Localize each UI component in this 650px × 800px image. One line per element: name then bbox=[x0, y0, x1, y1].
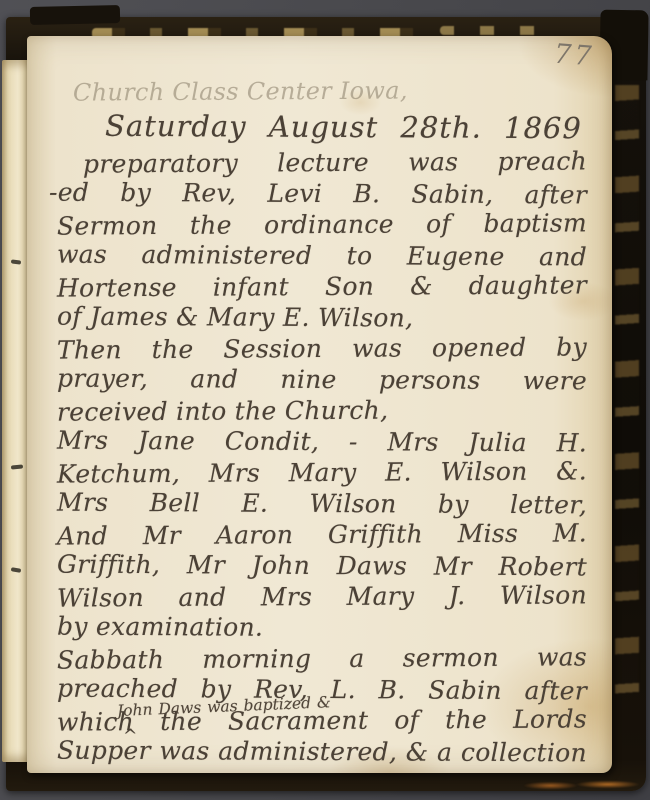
journal-line: Sabbath morning a sermon was bbox=[57, 641, 587, 675]
journal-photo: 77 Church Class Center Iowa, Saturday Au… bbox=[0, 0, 650, 800]
journal-line: prayer, and nine persons were bbox=[57, 363, 587, 397]
journal-line: Hortense infant Son & daughter bbox=[57, 269, 587, 303]
journal-line-date: Saturday August 28th. 1869 bbox=[105, 106, 587, 149]
journal-line: Griffith, Mr John Daws Mr Robert bbox=[57, 549, 587, 583]
journal-line: Sermon the ordinance of baptism bbox=[57, 207, 587, 241]
cover-rust-bottom-edge bbox=[520, 779, 642, 791]
cover-wear-top-right bbox=[440, 26, 560, 35]
journal-line: Mrs Bell E. Wilson by letter, bbox=[57, 487, 587, 521]
journal-entry: Church Class Center Iowa, Saturday Augus… bbox=[57, 76, 587, 767]
book-cover-top-left-corner bbox=[30, 5, 120, 25]
journal-line: of James & Mary E. Wilson, bbox=[57, 301, 587, 335]
journal-page: 77 Church Class Center Iowa, Saturday Au… bbox=[27, 36, 612, 773]
cover-wear-right-edge bbox=[615, 85, 639, 725]
journal-line: -ed by Rev, Levi B. Sabin, after bbox=[49, 177, 587, 211]
journal-line: Ketchum, Mrs Mary E. Wilson &. bbox=[57, 455, 587, 489]
journal-line: And Mr Aaron Griffith Miss M. bbox=[57, 517, 587, 551]
faint-pencil-header: Church Class Center Iowa, bbox=[73, 74, 587, 108]
journal-line: preparatory lecture was preach bbox=[83, 145, 587, 179]
journal-line-with-insertion: which John Daws was baptized & ^ the Sac… bbox=[57, 703, 587, 737]
page-stack-edge bbox=[2, 60, 29, 762]
journal-line: Mrs Jane Condit, - Mrs Julia H. bbox=[57, 425, 587, 459]
journal-line: Supper was administered, & a collection bbox=[57, 735, 587, 769]
page-number: 77 bbox=[553, 39, 595, 73]
binding-stitch bbox=[11, 464, 23, 469]
journal-line: Wilson and Mrs Mary J. Wilson bbox=[57, 579, 587, 613]
journal-line: Then the Session was opened by bbox=[57, 331, 587, 365]
journal-line: received into the Church, bbox=[57, 393, 587, 427]
journal-line: by examination. bbox=[57, 611, 587, 645]
binding-stitch bbox=[11, 567, 22, 573]
binding-stitch bbox=[11, 259, 21, 264]
journal-line: was administered to Eugene and bbox=[57, 239, 587, 273]
